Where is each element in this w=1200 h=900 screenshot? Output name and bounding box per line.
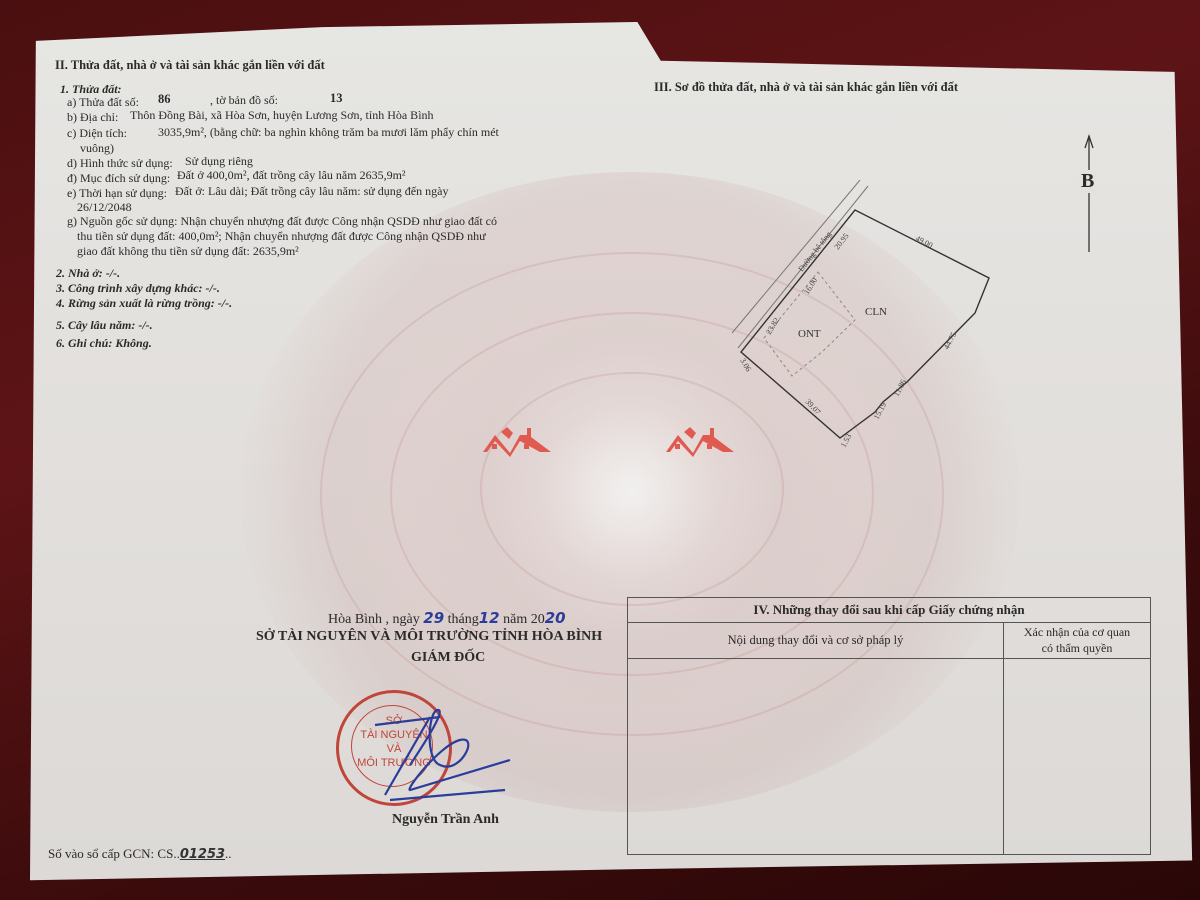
term-value: Đất ở: Lâu dài; Đất trồng cây lâu năm: s… [175,184,448,199]
house-item: 2. Nhà ở: -/-. [56,266,120,281]
zone-cln-label: CLN [865,306,887,318]
header-line: Xác nhận của cơ quan [1004,624,1150,640]
term-date: 26/12/2048 [77,200,132,215]
section-3-heading: III. Sơ đồ thửa đất, nhà ở và tài sản kh… [654,80,958,95]
planted-forest-item: 4. Rừng sản xuất là rừng trồng: -/-. [56,296,232,311]
registry-number-line: Số vào sổ cấp GCN: CS..01253.. [48,846,232,862]
parcel-number-label: a) Thửa đất số: [67,95,139,110]
year-label: năm 20 [503,612,545,627]
address-label: b) Địa chỉ: [67,110,118,125]
svg-text:11.86: 11.86 [892,378,908,398]
column-header-authority-confirmation: Xác nhận của cơ quan có thẩm quyền [1004,624,1150,656]
notes-item: 6. Ghi chú: Không. [56,336,152,351]
svg-text:3.06: 3.06 [738,357,753,374]
svg-text:44.75: 44.75 [942,331,958,351]
purpose-label: đ) Mục đích sử dụng: [67,171,170,186]
map-sheet-number: 13 [330,91,343,106]
map-sheet-label: , tờ bản đồ số: [210,93,278,108]
origin-line-2: thu tiền sử dụng đất: 400,0m²; Nhận chuy… [77,229,486,244]
signature-scribble [370,705,520,805]
origin-line-1: g) Nguồn gốc sử dụng: Nhận chuyển nhượng… [67,214,497,229]
registry-label: Số vào sổ cấp GCN: CS [48,846,173,861]
house-logo-icon [648,423,738,457]
date-year: 20 [545,609,566,627]
changes-table-heading: IV. Những thay đổi sau khi cấp Giấy chứn… [628,598,1150,623]
column-divider [1003,622,1004,854]
svg-text:Đường bê tông: Đường bê tông [796,230,833,273]
term-label: e) Thời hạn sử dụng: [67,186,167,201]
date-day: 29 [423,609,444,627]
other-construction-item: 3. Công trình xây dựng khác: -/-. [56,281,220,296]
svg-text:16.00: 16.00 [802,276,819,296]
usage-form-label: d) Hình thức sử dụng: [67,156,173,171]
svg-text:49.00: 49.00 [914,234,934,250]
issuing-authority: SỞ TÀI NGUYÊN VÀ MÔI TRƯỜNG TỈNH HÒA BÌN… [256,629,602,645]
signer-title: GIÁM ĐỐC [411,650,485,666]
area-value: 3035,9m², (bằng chữ: ba nghìn không trăm… [158,125,499,140]
zone-ont-label: ONT [798,328,821,340]
parcel-number: 86 [158,92,171,107]
usage-form-value: Sử dụng riêng [185,154,253,169]
month-label: tháng [448,612,479,627]
signer-name: Nguyễn Trần Anh [392,812,499,828]
perennial-trees-item: 5. Cây lâu năm: -/-. [56,318,153,333]
changes-table-header-row: Nội dung thay đổi và cơ sở pháp lý Xác n… [628,622,1150,659]
north-label: B [1079,170,1096,193]
section-2-heading: II. Thửa đất, nhà ở và tài sản khác gắn … [55,58,325,73]
origin-line-3: giao đất không thu tiền sử dụng đất: 263… [77,244,299,259]
changes-table: IV. Những thay đổi sau khi cấp Giấy chứn… [627,597,1151,855]
purpose-value: Đất ở 400,0m², đất trồng cây lâu năm 263… [177,168,406,183]
svg-text:1.53: 1.53 [839,432,854,449]
address-value: Thôn Đồng Bài, xã Hòa Sơn, huyện Lương S… [130,108,434,123]
area-value-cont: vuông) [80,141,114,156]
date-prefix: Hòa Bình , ngày [328,612,420,627]
north-arrow-icon [1070,130,1110,260]
area-label: c) Diện tích: [67,126,127,141]
header-line: có thẩm quyền [1004,640,1150,656]
column-header-change-content: Nội dung thay đổi và cơ sở pháp lý [628,622,1003,658]
svg-text:15.19: 15.19 [872,401,888,421]
parcel-diagram: ONT CLN Đường bê tông 20.95 49.00 44.75 … [720,180,1010,450]
house-logo-icon [465,423,555,457]
registry-number: 01253 [180,847,225,862]
date-month: 12 [479,609,500,627]
issue-date: Hòa Bình , ngày 29 tháng12 năm 2020 [328,609,566,628]
